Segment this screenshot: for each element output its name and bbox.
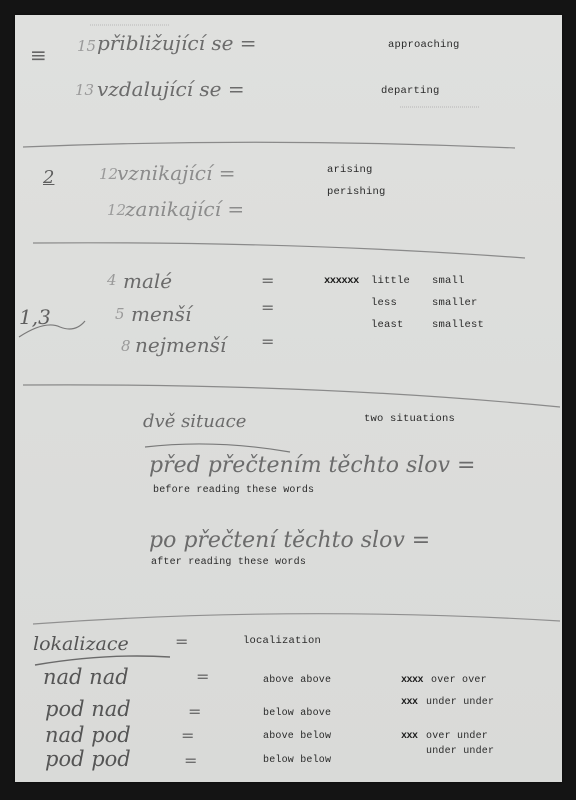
alt-english-term: under under bbox=[426, 746, 494, 757]
english-term: smallest bbox=[432, 319, 484, 331]
czech-term: malé bbox=[123, 269, 172, 293]
alt-english-term: over under bbox=[426, 731, 488, 742]
alt-english-term: over over bbox=[431, 675, 487, 686]
alt-english-term: under under bbox=[426, 697, 494, 708]
item-number: 12 bbox=[99, 165, 118, 183]
equals-sign: = bbox=[175, 632, 188, 651]
czech-term: menší bbox=[131, 302, 191, 326]
english-term: little bbox=[371, 275, 410, 287]
english-term: least bbox=[371, 319, 404, 331]
english-phrase: before reading these words bbox=[153, 485, 314, 496]
equals-sign: = bbox=[261, 271, 274, 290]
section-marker: 2 bbox=[43, 167, 54, 188]
czech-term: přibližující se = bbox=[97, 31, 257, 55]
czech-term: pod pod bbox=[45, 747, 131, 771]
english-term: smaller bbox=[432, 297, 478, 309]
czech-phrase: po přečtení těchto slov = bbox=[149, 528, 430, 553]
section-heading-english: localization bbox=[243, 635, 321, 647]
english-term: approaching bbox=[388, 39, 460, 51]
equals-sign: = bbox=[261, 332, 274, 351]
paper-sheet: ≡ 15 přibližující se = approaching 13 vz… bbox=[15, 15, 562, 782]
item-number: 5 bbox=[115, 305, 125, 323]
english-term: departing bbox=[381, 85, 440, 97]
section-heading-czech: dvě situace bbox=[143, 411, 246, 432]
czech-term: vznikající = bbox=[117, 161, 235, 185]
equals-sign: = bbox=[181, 726, 194, 745]
equals-sign: = bbox=[184, 751, 197, 770]
czech-term: pod nad bbox=[45, 697, 131, 721]
czech-phrase: před přečtením těchto slov = bbox=[149, 453, 475, 478]
struck-text: xxxxxx bbox=[324, 275, 359, 287]
item-number: 13 bbox=[75, 81, 94, 99]
english-term: perishing bbox=[327, 186, 386, 198]
section-heading-english: two situations bbox=[364, 413, 455, 425]
english-term: above above bbox=[263, 675, 331, 686]
english-term: less bbox=[371, 297, 397, 309]
english-term: below below bbox=[263, 755, 331, 766]
item-number: 15 bbox=[77, 37, 96, 55]
item-number: 4 bbox=[107, 271, 117, 289]
equals-sign: = bbox=[261, 298, 274, 317]
struck-text: xxxx bbox=[401, 675, 423, 686]
section-marker: 1,3 bbox=[19, 305, 51, 329]
equals-sign: = bbox=[196, 667, 209, 686]
czech-term: nad nad bbox=[43, 665, 129, 689]
english-term: small bbox=[432, 275, 465, 287]
czech-term: nejmenší bbox=[135, 333, 226, 357]
english-term: below above bbox=[263, 708, 331, 719]
czech-term: nad pod bbox=[45, 723, 131, 747]
item-number: 12 bbox=[107, 201, 126, 219]
item-number: 8 bbox=[121, 337, 131, 355]
section-heading-czech: lokalizace bbox=[33, 633, 129, 655]
struck-text: xxx bbox=[401, 731, 418, 742]
struck-text: xxx bbox=[401, 697, 418, 708]
english-term: above below bbox=[263, 731, 331, 742]
english-term: arising bbox=[327, 164, 373, 176]
czech-term: zanikající = bbox=[125, 197, 244, 221]
english-phrase: after reading these words bbox=[151, 557, 306, 568]
czech-term: vzdalující se = bbox=[97, 77, 245, 101]
equals-sign: = bbox=[188, 702, 201, 721]
section-marker: ≡ bbox=[30, 43, 47, 67]
